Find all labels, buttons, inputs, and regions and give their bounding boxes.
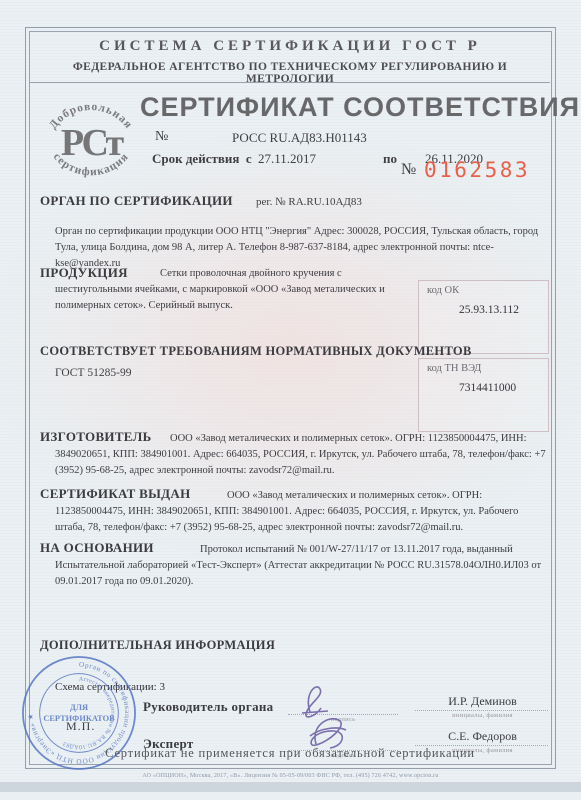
head-signature-ink — [302, 687, 328, 717]
manufacturer-text: ООО «Завод металических и полимерных сет… — [55, 431, 549, 479]
stamp-center-line1: ДЛЯ — [70, 703, 88, 712]
certificate-title: СЕРТИФИКАТ СООТВЕТСТВИЯ — [140, 92, 552, 123]
validity-po-label: по — [383, 151, 397, 167]
stamp-place-label: М.П. — [66, 719, 95, 734]
conformity-standard: ГОСТ 51285-99 — [55, 367, 131, 379]
code-tnved-value: 7314411000 — [419, 374, 548, 394]
issued-to-text: ООО «Завод металических и полимерных сет… — [55, 488, 549, 536]
logo-mark: РСт — [61, 122, 125, 164]
expert-signature-ink — [310, 719, 346, 748]
organ-reg-number: рег. № RA.RU.10АД83 — [256, 196, 362, 208]
blank-no-symbol: № — [401, 161, 416, 179]
organ-label: ОРГАН ПО СЕРТИФИКАЦИИ — [40, 193, 233, 209]
rst-logo: Добровольная сертификация РСт — [36, 88, 146, 188]
additional-info-label: ДОПОЛНИТЕЛЬНАЯ ИНФОРМАЦИЯ — [40, 638, 275, 653]
code-ok-label: код ОК — [419, 281, 548, 296]
production-text: Сетки проволочная двойного кручения с ше… — [55, 266, 417, 314]
paper-bottom-edge — [0, 782, 581, 792]
footer-note: Сертификат не применяется при обязательн… — [29, 746, 551, 761]
head-name-line — [415, 696, 548, 711]
expert-name-line — [415, 731, 548, 746]
code-tnved-label: код ТН ВЭД — [419, 359, 548, 374]
validity-from: 27.11.2017 — [258, 151, 316, 167]
validity-label: Срок действия с — [152, 151, 252, 167]
header-divider — [30, 82, 550, 83]
printer-imprint: АО «ОПЦИОН», Москва, 2017, «В». Лицензия… — [0, 773, 581, 779]
head-of-body-label: Руководитель органа — [143, 699, 273, 715]
certificate-sheet: СИСТЕМА СЕРТИФИКАЦИИ ГОСТ Р ФЕДЕРАЛЬНОЕ … — [0, 0, 581, 792]
system-title: СИСТЕМА СЕРТИФИКАЦИИ ГОСТ Р — [29, 38, 551, 55]
code-ok-value: 25.93.13.112 — [419, 296, 548, 316]
blank-number: 0162583 — [424, 158, 530, 182]
code-ok-box: код ОК 25.93.13.112 — [418, 280, 549, 354]
basis-text: Протокол испытаний № 001/W-27/11/17 от 1… — [55, 542, 549, 590]
cert-no-symbol: № — [155, 129, 168, 145]
conformity-label: СООТВЕТСТВУЕТ ТРЕБОВАНИЯМ НОРМАТИВНЫХ ДО… — [40, 344, 472, 359]
organ-text: Орган по сертификации продукции ООО НТЦ … — [55, 224, 549, 272]
code-tnved-box: код ТН ВЭД 7314411000 — [418, 358, 549, 432]
cert-number: РОСС RU.АД83.Н01143 — [232, 130, 367, 146]
head-name-caption: инициалы, фамилия — [420, 712, 545, 719]
